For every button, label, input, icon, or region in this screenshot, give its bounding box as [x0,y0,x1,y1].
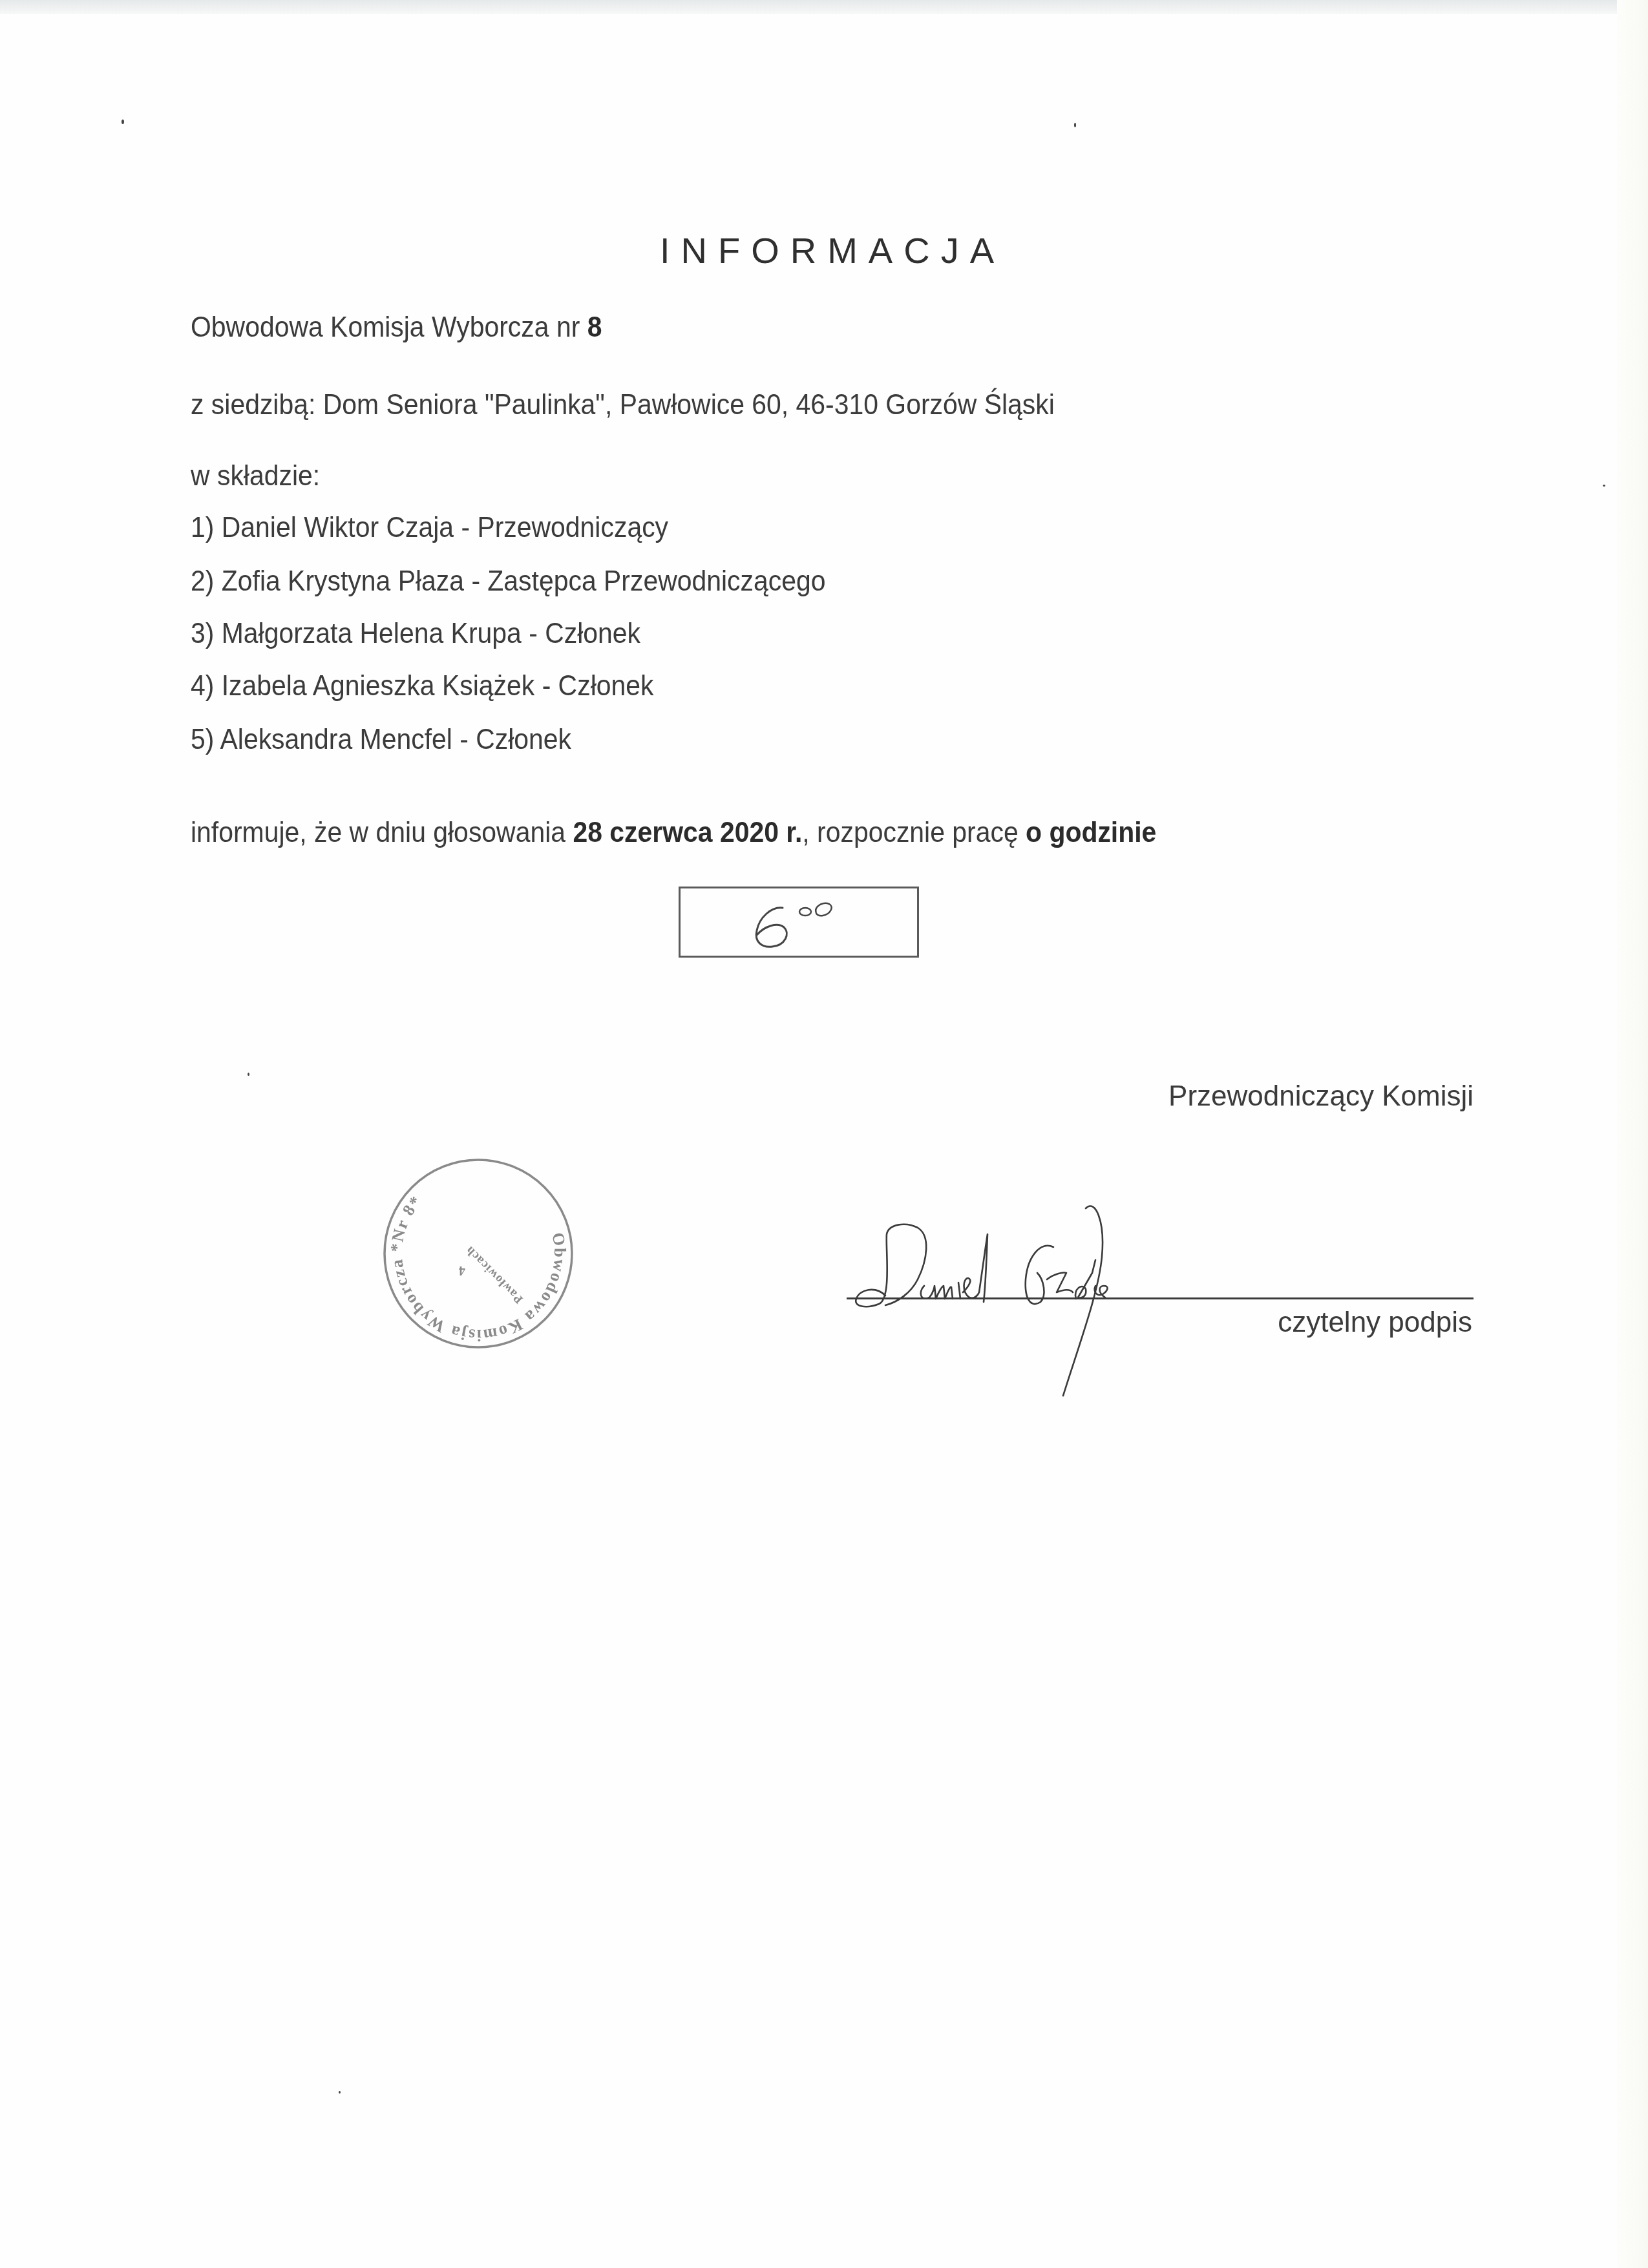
seat-line: z siedzibą: Dom Seniora "Paulinka", Pawł… [191,389,1055,421]
handwritten-signature: Daniel Czaja [840,1195,1305,1409]
election-date: 28 czerwca 2020 r. [573,817,802,848]
scan-speck [248,1073,249,1076]
scan-speck [121,120,124,124]
scan-top-edge [0,0,1648,14]
member-item: 5) Aleksandra Mencfel - Członek [191,724,571,756]
member-item: 1) Daniel Wiktor Czaja - Przewodniczący [191,512,668,544]
opening-time-box: 6⁰⁰ [679,887,919,958]
commission-number: 8 [587,311,602,343]
member-item: 4) Izabela Agnieszka Książek - Członek [191,670,653,702]
commission-stamp: Obwodowa Komisja Wyborcza *Nr 8* Pawłowi… [381,1157,575,1350]
scan-speck [339,2091,341,2094]
member-item: 2) Zofia Krystyna Płaza - Zastępca Przew… [191,565,826,598]
signature-line [847,1297,1474,1299]
scan-speck [1074,123,1076,127]
announcement-part2: , rozpocznie pracę [802,817,1026,848]
scan-right-edge [1617,0,1648,2268]
stamp-center-mark: 4 [459,1263,465,1277]
commission-prefix: Obwodowa Komisja Wyborcza nr [191,311,587,343]
commission-line: Obwodowa Komisja Wyborcza nr 8 [191,311,602,344]
signature-caption: czytelny podpis [1278,1307,1472,1339]
handwritten-opening-time: 6⁰⁰ [681,888,917,956]
stamp-center-text: Pawłowicach [463,1243,525,1306]
time-label: o godzinie [1026,817,1156,848]
composition-label: w składzie: [191,460,320,492]
chair-label: Przewodniczący Komisji [1168,1080,1474,1113]
member-item: 3) Małgorzata Helena Krupa - Członek [191,618,640,650]
scan-speck [1603,485,1605,487]
document-title: INFORMACJA [0,229,1648,271]
announcement-line: informuje, że w dniu głosowania 28 czerw… [191,817,1156,849]
announcement-part1: informuje, że w dniu głosowania [191,817,573,848]
svg-text:Pawłowicach: Pawłowicach [463,1243,525,1306]
